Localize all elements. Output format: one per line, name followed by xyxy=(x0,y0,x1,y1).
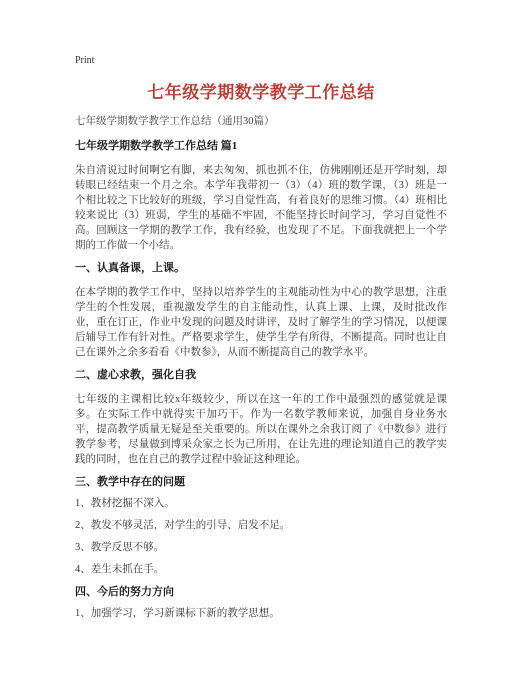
section-heading-3: 三、教学中存在的问题 xyxy=(75,476,447,489)
section-heading-2: 二、虚心求教，强化自我 xyxy=(75,369,447,382)
intro-paragraph: 朱自清说过时间啊它有脚，来去匆匆，抓也抓不住，仿佛刚刚还是开学时刻，却转眼已经结… xyxy=(75,163,447,253)
problem-item-3: 3、教学反思不够。 xyxy=(75,540,447,555)
problem-item-4: 4、差生未抓在手。 xyxy=(75,562,447,577)
problem-item-1: 1、教材挖掘不深入。 xyxy=(75,496,447,511)
page-title: 七年级学期数学教学工作总结 xyxy=(75,83,447,103)
section-heading-1: 一、认真备课，上课。 xyxy=(75,262,447,275)
document-page: Print 七年级学期数学教学工作总结 七年级学期数学教学工作总结（通用30篇）… xyxy=(0,0,520,673)
part-heading: 七年级学期数学教学工作总结 篇1 xyxy=(75,140,447,153)
doc-subtitle: 七年级学期数学教学工作总结（通用30篇） xyxy=(75,115,447,128)
section-heading-4: 四、今后的努力方向 xyxy=(75,586,447,599)
problem-item-2: 2、教发不够灵活，对学生的引导、启发不足。 xyxy=(75,518,447,533)
future-item-1: 1、加强学习，学习新课标下新的教学思想。 xyxy=(75,606,447,621)
section-1-paragraph: 在本学期的教学工作中，坚持以培养学生的主观能动性为中心的教学思想，注重学生的个性… xyxy=(75,285,447,360)
print-link[interactable]: Print xyxy=(75,55,447,67)
section-2-paragraph: 七年级的主课相比较x年级较少，所以在这一年的工作中最强烈的感觉就是课多。在实际工… xyxy=(75,392,447,467)
